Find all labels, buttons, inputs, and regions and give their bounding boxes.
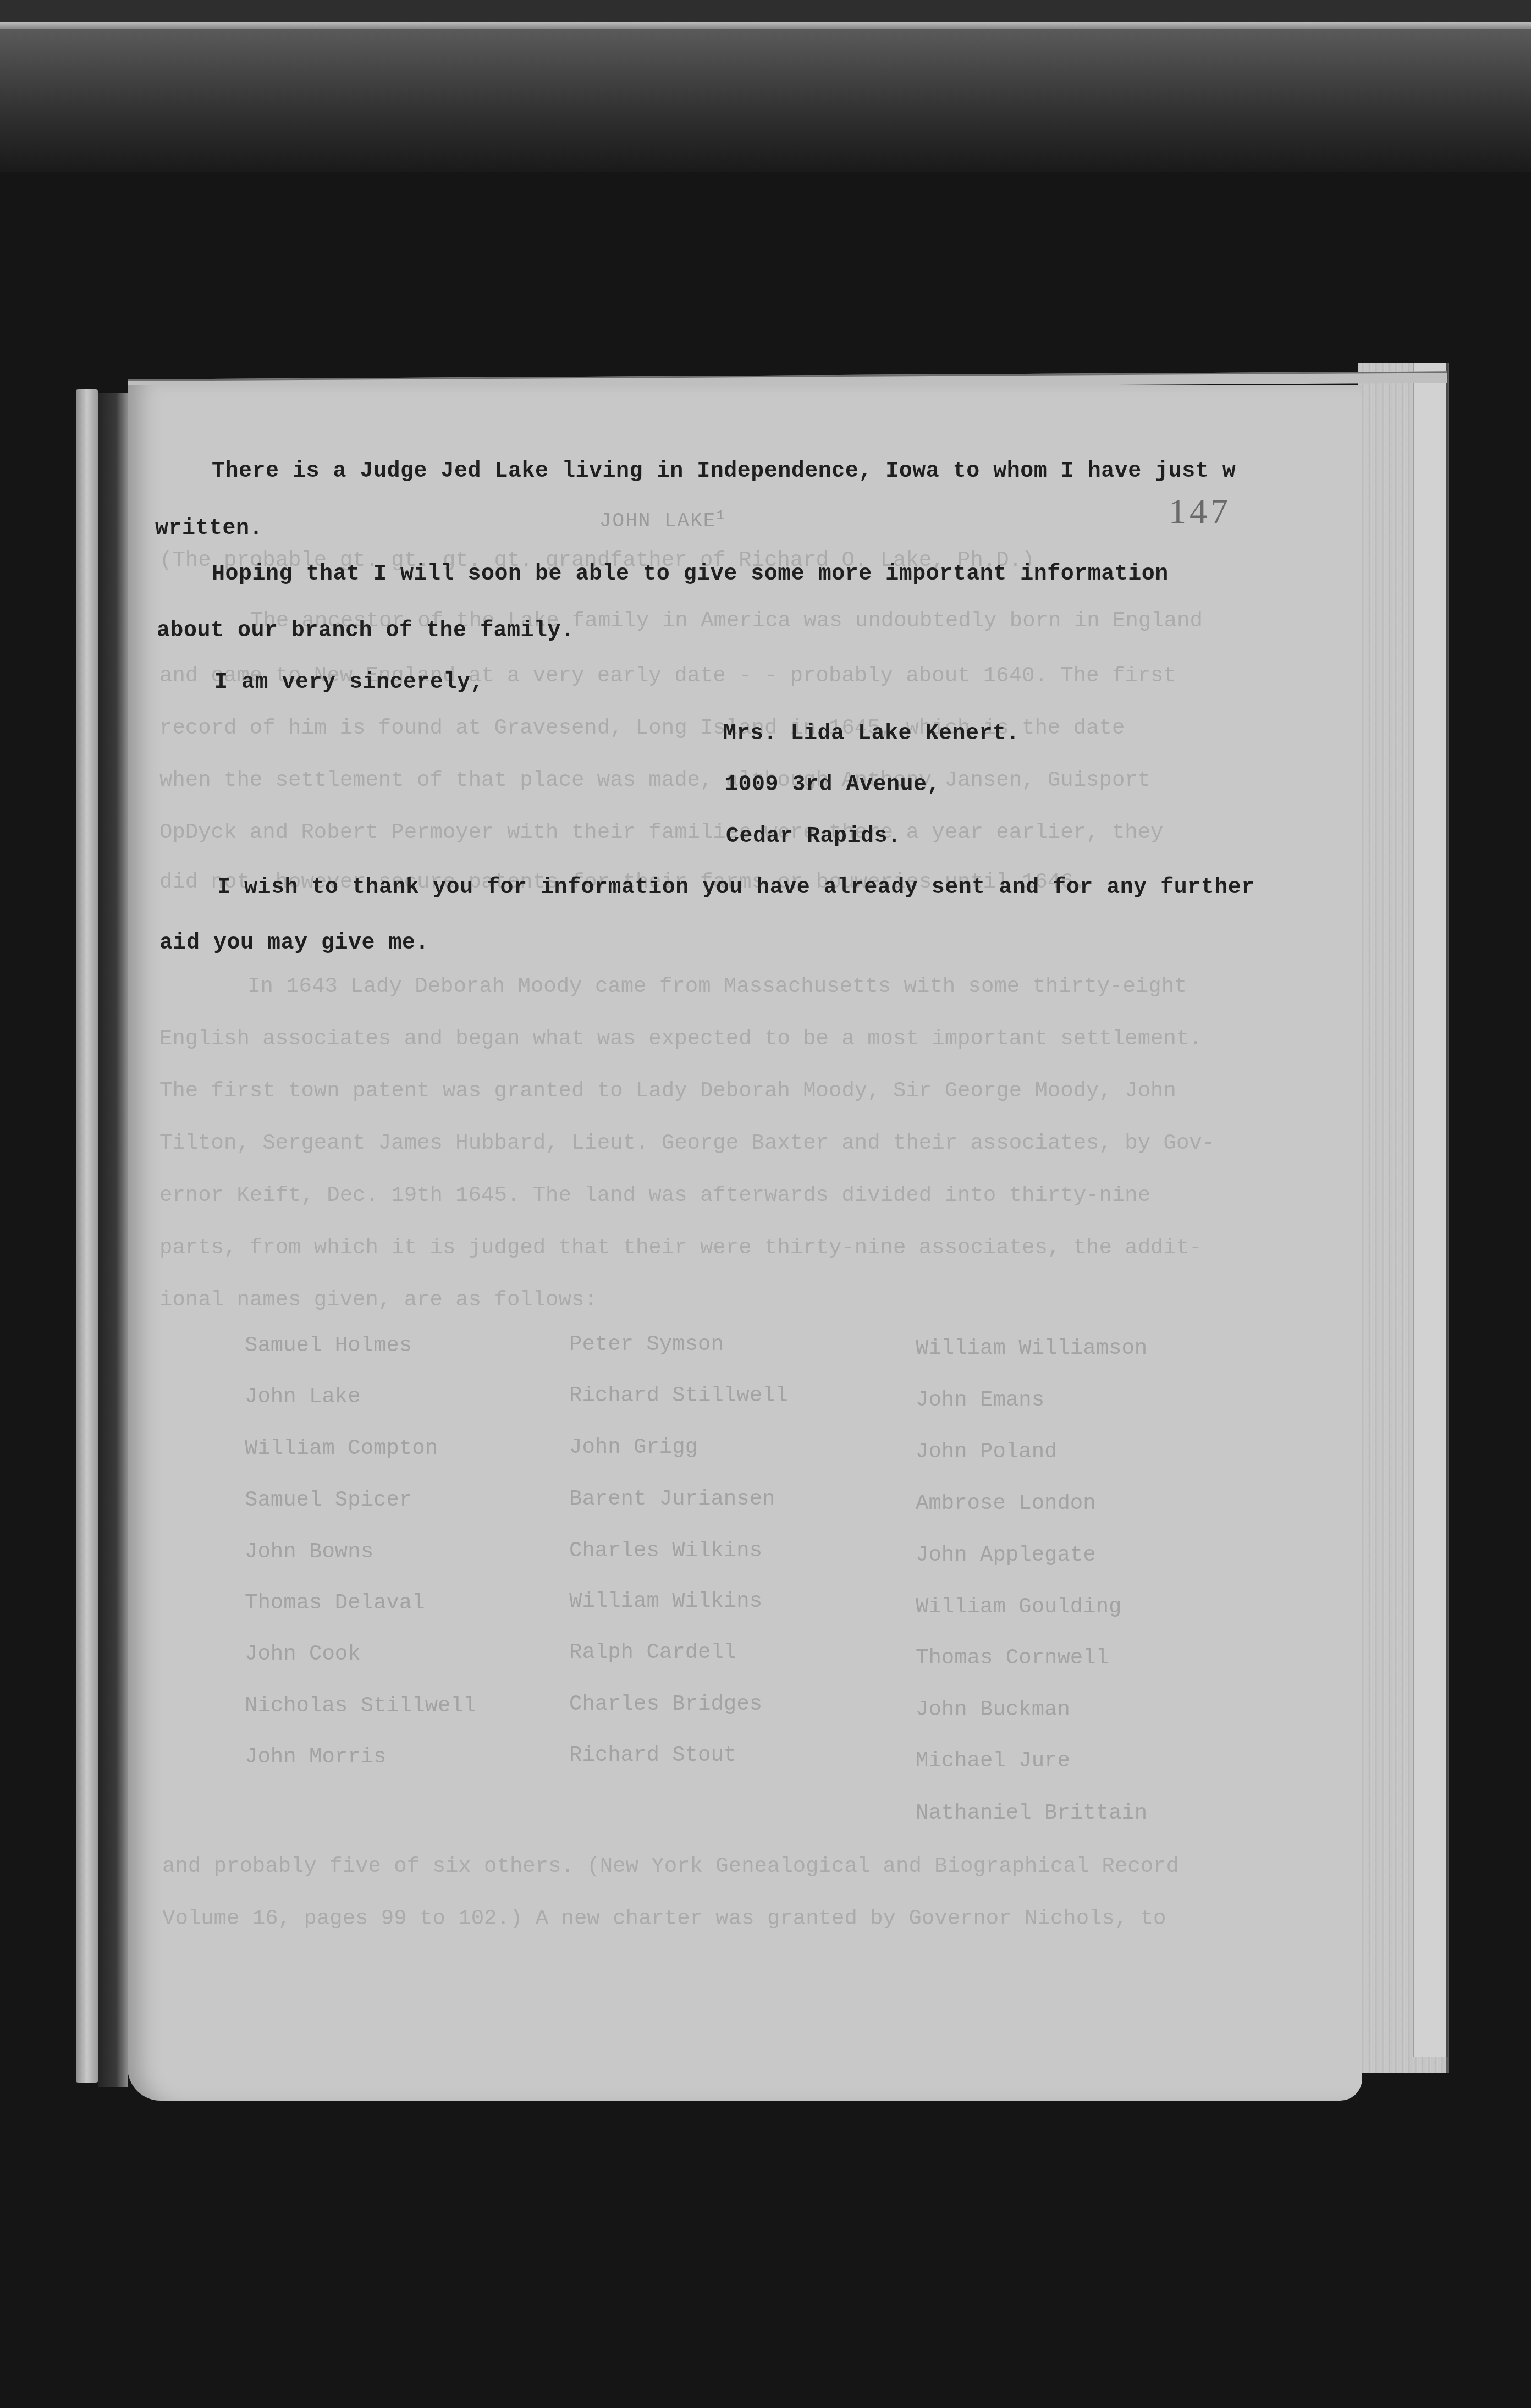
- name-cell: Michael Jure: [916, 1749, 1070, 1773]
- letter-paragraph-2-line-2: about our branch of the family.: [157, 620, 575, 642]
- signature-name: Mrs. Lida Lake Kenert.: [723, 723, 1020, 745]
- bleed-line: The first town patent was granted to Lad…: [159, 1081, 1176, 1102]
- letter-paragraph-2-line-1: Hoping that I will soon be able to give …: [212, 564, 1169, 586]
- film-strip-edge: [0, 22, 1531, 29]
- letter-paragraph-1-line-2: written.: [155, 518, 263, 540]
- name-cell: John Cook: [245, 1642, 361, 1666]
- name-cell: William Wilkins: [569, 1589, 762, 1613]
- bleed-line: OpDyck and Robert Permoyer with their fa…: [159, 822, 1164, 844]
- name-cell: John Poland: [916, 1440, 1057, 1464]
- name-cell: Thomas Cornwell: [916, 1646, 1109, 1670]
- postscript-line-2: aid you may give me.: [159, 933, 429, 955]
- film-strip-band: [0, 29, 1531, 172]
- bleed-closing-line: Volume 16, pages 99 to 102.) A new chart…: [162, 1908, 1166, 1930]
- name-cell: Ambrose London: [916, 1491, 1096, 1516]
- name-cell: John Lake: [245, 1385, 361, 1409]
- name-cell: John Buckman: [916, 1698, 1070, 1722]
- bleed-heading: JOHN LAKE1: [599, 509, 725, 532]
- name-cell: Charles Bridges: [569, 1692, 762, 1716]
- name-cell: John Applegate: [916, 1543, 1096, 1567]
- name-cell: John Morris: [245, 1745, 386, 1769]
- name-cell: Ralph Cardell: [569, 1640, 736, 1665]
- name-cell: William Williamson: [916, 1336, 1147, 1360]
- letter-closing: I am very sincerely,: [214, 672, 484, 694]
- page-number: 147: [1169, 491, 1231, 532]
- name-cell: Charles Wilkins: [569, 1539, 762, 1563]
- name-cell: William Compton: [245, 1436, 438, 1461]
- page-stack-outer-edge: [1413, 363, 1448, 2057]
- name-cell: Peter Symson: [569, 1332, 724, 1357]
- bleed-line: Tilton, Sergeant James Hubbard, Lieut. G…: [159, 1133, 1215, 1154]
- name-cell: Thomas Delaval: [245, 1591, 425, 1615]
- bleed-closing-line: and probably five of six others. (New Yo…: [162, 1856, 1179, 1877]
- bleed-line: In 1643 Lady Deborah Moody came from Mas…: [247, 976, 1187, 998]
- film-strip-top: [0, 0, 1531, 22]
- name-cell: Nathaniel Brittain: [916, 1801, 1147, 1825]
- name-cell: John Emans: [916, 1388, 1044, 1412]
- book-binding-strip: [76, 389, 98, 2083]
- name-cell: Samuel Spicer: [245, 1488, 412, 1512]
- signature-city: Cedar Rapids.: [726, 826, 901, 848]
- bleed-line: parts, from which it is judged that thei…: [159, 1237, 1202, 1259]
- name-cell: John Bowns: [245, 1540, 373, 1564]
- postscript-line-1: I wish to thank you for information you …: [217, 877, 1255, 899]
- name-cell: William Goulding: [916, 1595, 1121, 1619]
- bleed-line: ional names given, are as follows:: [159, 1290, 597, 1311]
- name-cell: Richard Stillwell: [569, 1384, 788, 1408]
- name-cell: John Grigg: [569, 1435, 698, 1459]
- name-cell: Nicholas Stillwell: [245, 1694, 476, 1718]
- bleed-line: ernor Keift, Dec. 19th 1645. The land wa…: [159, 1185, 1150, 1206]
- name-cell: Barent Juriansen: [569, 1487, 775, 1511]
- signature-address: 1009 3rd Avenue,: [725, 774, 940, 796]
- bleed-line: English associates and began what was ex…: [159, 1028, 1202, 1050]
- bleed-heading-superscript: 1: [716, 509, 725, 524]
- book-gutter-shadow: [98, 393, 128, 2087]
- bleed-line: when the settlement of that place was ma…: [159, 770, 1150, 791]
- name-cell: Samuel Holmes: [245, 1334, 412, 1358]
- letter-paragraph-1-line-1: There is a Judge Jed Lake living in Inde…: [212, 461, 1236, 483]
- bleed-heading-text: JOHN LAKE: [599, 510, 716, 532]
- name-cell: Richard Stout: [569, 1743, 736, 1767]
